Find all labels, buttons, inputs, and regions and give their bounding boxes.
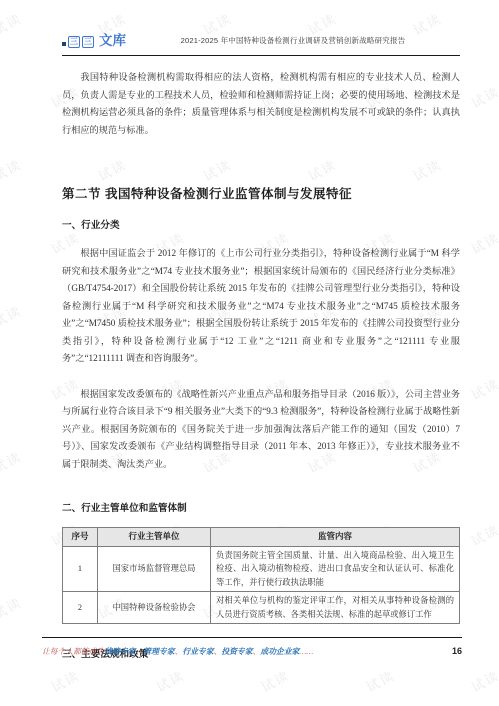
table-row: 2 中国特种设备检验协会 对相关单位与机构的鉴定评审工作，对相关从事特种设备检测…	[63, 592, 460, 624]
table-header-scope: 监管内容	[211, 528, 460, 547]
intro-paragraph: 我国特种设备检测机构需取得相应的法人资格，检测机构需有相应的专业技术人员、检测人…	[62, 69, 460, 139]
table-cell-org: 中国特种设备检验协会	[98, 592, 211, 624]
footer-slogan: 让每个人都能成为战略专家、管理专家、行业专家、投资专家、成功企业家……	[42, 646, 313, 657]
document-page: 试读试读试读试读试读试读试读试读试读试读试读试读试读试读试读试读试读试读试读试读…	[0, 0, 499, 706]
page-header: 三 三 文库 2021-2025 年中国特种设备检测行业调研及营销创新战略研究报…	[62, 26, 460, 48]
slogan-item: 成功企业家	[260, 647, 299, 656]
logo-bars-icon: 三	[68, 36, 80, 48]
subsection-title-1: 一、行业分类	[62, 217, 460, 231]
logo-dot-icon	[62, 42, 66, 46]
subsection-title-2: 二、行业主管单位和监管体制	[62, 500, 460, 514]
watermark-text: 试读	[467, 665, 499, 696]
table-header-row: 序号 行业主管单位 监管内容	[63, 528, 460, 547]
slogan-item: 战略专家	[104, 647, 135, 656]
table-cell-scope: 对相关单位与机构的鉴定评审工作，对相关从事特种设备检测的人员进行资质考核、各类相…	[211, 592, 460, 624]
page-footer: 让每个人都能成为战略专家、管理专家、行业专家、投资专家、成功企业家…… 16	[42, 637, 462, 706]
slogan-item: 行业专家	[182, 647, 213, 656]
table-cell-scope: 负责国务院主管全国质量、计量、出入境商品检验、出入境卫生检疫、出入境动植物检疫、…	[211, 546, 460, 592]
slogan-item: 管理专家	[143, 647, 174, 656]
logo-bars-icon: 三	[82, 36, 94, 48]
header-rule	[62, 55, 460, 56]
classification-paragraph-2: 根据国家发改委颁布的《战略性新兴产业重点产品和服务指导目录（2016 版）》，公…	[62, 386, 460, 474]
slogan-suffix: ……	[299, 647, 313, 656]
page-number: 16	[452, 646, 462, 656]
table-cell-org: 国家市场监督管理总局	[98, 546, 211, 592]
classification-paragraph-1: 根据中国证监会于 2012 年修订的《上市公司行业分类指引》，特种设备检测行业属…	[62, 245, 460, 368]
table-row: 1 国家市场监督管理总局 负责国务院主管全国质量、计量、出入境商品检验、出入境卫…	[63, 546, 460, 592]
report-title: 2021-2025 年中国特种设备检测行业调研及营销创新战略研究报告	[126, 35, 460, 48]
slogan-item: 投资专家	[221, 647, 252, 656]
section-title: 第二节 我国特种设备检测行业监管体制与发展特征	[62, 184, 460, 202]
logo-label: 文库	[99, 33, 126, 48]
table-cell-index: 1	[63, 546, 98, 592]
regulator-table: 序号 行业主管单位 监管内容 1 国家市场监督管理总局 负责国务院主管全国质量、…	[62, 527, 460, 624]
page-content: 三 三 文库 2021-2025 年中国特种设备检测行业调研及营销创新战略研究报…	[0, 0, 499, 660]
table-header-org: 行业主管单位	[98, 528, 211, 547]
table-cell-index: 2	[63, 592, 98, 624]
slogan-prefix: 让每个人都能成为	[42, 647, 104, 656]
logo: 三 三 文库	[62, 33, 126, 48]
table-header-index: 序号	[63, 528, 98, 547]
